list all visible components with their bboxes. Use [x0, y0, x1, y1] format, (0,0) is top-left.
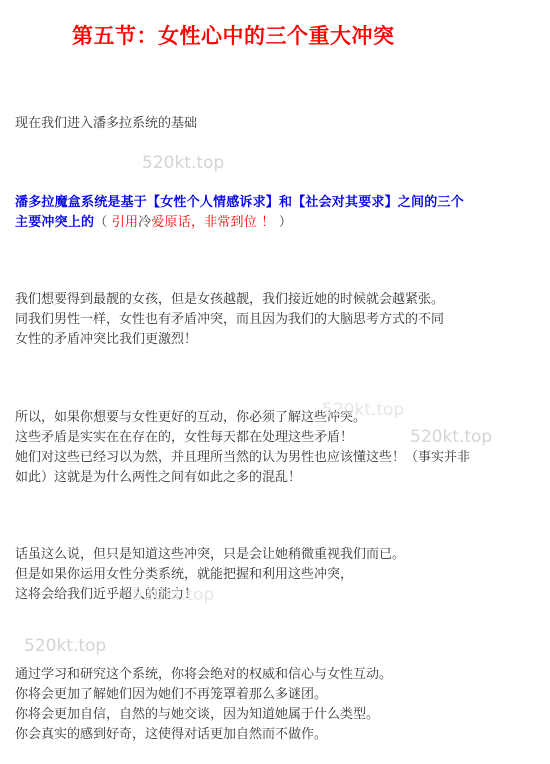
paragraph-line: 通过学习和研究这个系统，你将会绝对的权威和信心与女性互动。: [15, 665, 545, 685]
paragraph-line: 话虽这么说，但只是知道这些冲突，只是会让她稍微重视我们而已。: [15, 545, 545, 565]
paragraph-1: 我们想要得到最靓的女孩，但是女孩越靓，我们接近她的时候就会越紧张。 同我们男性一…: [15, 290, 545, 350]
paragraph-line: 你将会更加了解她们因为她们不再笼罩着那么多谜团。: [15, 685, 545, 705]
highlight-line-2: 主要冲突上的: [15, 215, 94, 230]
paragraph-line: 她们对这些已经习以为然，并且理所当然的认为男性也应该懂这些！（事实并非: [15, 448, 545, 468]
watermark: 520kt.top: [132, 585, 214, 605]
watermark: 520kt.top: [142, 153, 224, 173]
paragraph-line: 这将会给我们近乎超人的能力！: [15, 585, 545, 605]
paragraph-line: 你将会更加自信，自然的与她交谈，因为知道她属于什么类型。: [15, 705, 545, 725]
quote-note-gray: 冷: [138, 215, 151, 230]
paragraph-line: 但是如果你运用女性分类系统，就能把握和利用这些冲突，: [15, 565, 545, 585]
paragraph-4: 通过学习和研究这个系统，你将会绝对的权威和信心与女性互动。 你将会更加了解她们因…: [15, 665, 545, 745]
paragraph-line: 同我们男性一样，女性也有矛盾冲突，而且因为我们的大脑思考方式的不同: [15, 310, 545, 330]
highlight-line-1: 潘多拉魔盒系统是基于【女性个人情感诉求】和【社会对其要求】之间的三个: [15, 193, 545, 213]
paragraph-line: 所以，如果你想要与女性更好的互动，你必须了解这些冲突。: [15, 408, 545, 428]
paragraph-line: 你会真实的感到好奇，这使得对话更加自然而不做作。: [15, 725, 545, 745]
watermark: 520kt.top: [410, 427, 492, 447]
section-title: 第五节：女性心中的三个重大冲突: [72, 20, 395, 50]
quote-note-red-1: 引用: [112, 215, 138, 230]
paren-close: ）: [275, 215, 293, 230]
paren-open: （: [94, 215, 112, 230]
paragraph-line: 我们想要得到最靓的女孩，但是女孩越靓，我们接近她的时候就会越紧张。: [15, 290, 545, 310]
quote-note-red-2: 爱原话，非常到位 ！: [151, 215, 274, 230]
highlight-paragraph: 潘多拉魔盒系统是基于【女性个人情感诉求】和【社会对其要求】之间的三个 主要冲突上…: [15, 193, 545, 233]
intro-text: 现在我们进入潘多拉系统的基础: [15, 114, 545, 134]
watermark: 520kt.top: [24, 636, 106, 656]
paragraph-3: 话虽这么说，但只是知道这些冲突，只是会让她稍微重视我们而已。 但是如果你运用女性…: [15, 545, 545, 605]
intro-paragraph: 现在我们进入潘多拉系统的基础: [15, 114, 545, 134]
watermark: 520kt.top: [322, 400, 404, 420]
paragraph-2: 所以，如果你想要与女性更好的互动，你必须了解这些冲突。 这些矛盾是实实在在存在的…: [15, 408, 545, 488]
paragraph-line: 如此）这就是为什么两性之间有如此之多的混乱！: [15, 468, 545, 488]
paragraph-line: 女性的矛盾冲突比我们更激烈！: [15, 330, 545, 350]
